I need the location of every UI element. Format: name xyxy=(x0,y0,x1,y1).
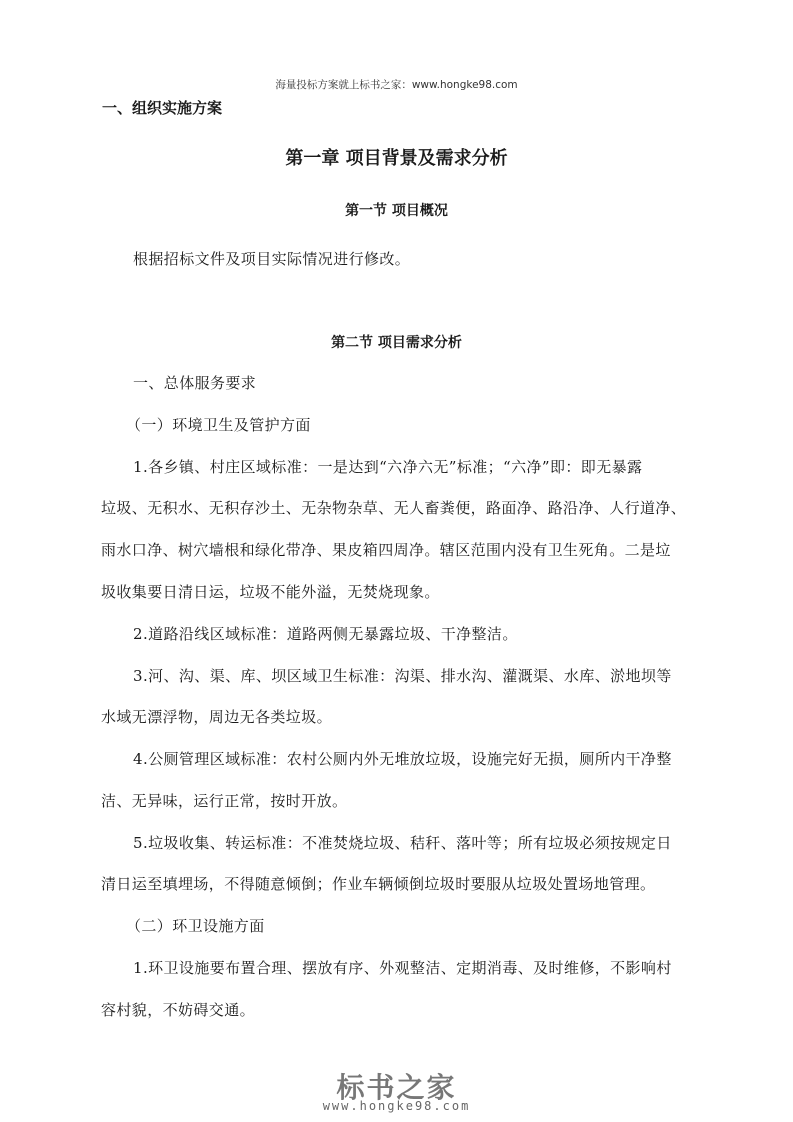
section-1-body: 根据招标文件及项目实际情况进行修改。 xyxy=(133,248,410,269)
paragraph-line: 4.公厕管理区域标准：农村公厕内外无堆放垃圾，设施完好无损，厕所内干净整 xyxy=(133,748,672,769)
paragraph-line: 3.河、沟、渠、库、坝区域卫生标准：沟渠、排水沟、灌溉渠、水库、淤地坝等 xyxy=(133,665,672,686)
chapter-title: 第一章 项目背景及需求分析 xyxy=(0,144,793,170)
section-2-title: 第二节 项目需求分析 xyxy=(0,332,793,352)
top-heading: 一、组织实施方案 xyxy=(102,97,222,118)
paragraph-line: 雨水口净、树穴墙根和绿化带净、果皮箱四周净。辖区范围内没有卫生死角。二是垃 xyxy=(101,539,671,560)
header-note: 海量投标方案就上标书之家：www.hongke98.com xyxy=(0,77,793,92)
paragraph-line: 水域无漂浮物，周边无各类垃圾。 xyxy=(101,706,332,727)
subheading-overall-requirements: 一、总体服务要求 xyxy=(133,372,256,393)
paragraph-line: 洁、无异味，运行正常，按时开放。 xyxy=(101,790,347,811)
paragraph-line: 1.环卫设施要布置合理、摆放有序、外观整洁、定期消毒、及时维修，不影响村 xyxy=(133,957,672,978)
paragraph-line: 清日运至填埋场，不得随意倾倒；作业车辆倾倒垃圾时要服从垃圾处置场地管理。 xyxy=(101,873,655,894)
subheading-sanitation-facilities: （二）环卫设施方面 xyxy=(126,915,265,936)
paragraph-line: 圾收集要日清日运，垃圾不能外溢，无焚烧现象。 xyxy=(101,581,440,602)
paragraph-line: 容村貌，不妨碍交通。 xyxy=(101,999,255,1020)
paragraph-line: 垃圾、无积水、无积存沙土、无杂物杂草、无人畜粪便，路面净、路沿净、人行道净、 xyxy=(101,497,686,518)
section-1-title: 第一节 项目概况 xyxy=(0,200,793,220)
paragraph-line: 2.道路沿线区域标准：道路两侧无暴露垃圾、干净整洁。 xyxy=(133,623,518,644)
watermark-url: www.hongke98.com xyxy=(0,1099,793,1113)
paragraph-line: 5.垃圾收集、转运标准：不准焚烧垃圾、秸秆、落叶等；所有垃圾必须按规定日 xyxy=(133,832,672,853)
subheading-environment: （一）环境卫生及管护方面 xyxy=(126,414,311,435)
paragraph-line: 1.各乡镇、村庄区域标准：一是达到“六净六无”标准；“六净”即：即无暴露 xyxy=(133,456,642,477)
